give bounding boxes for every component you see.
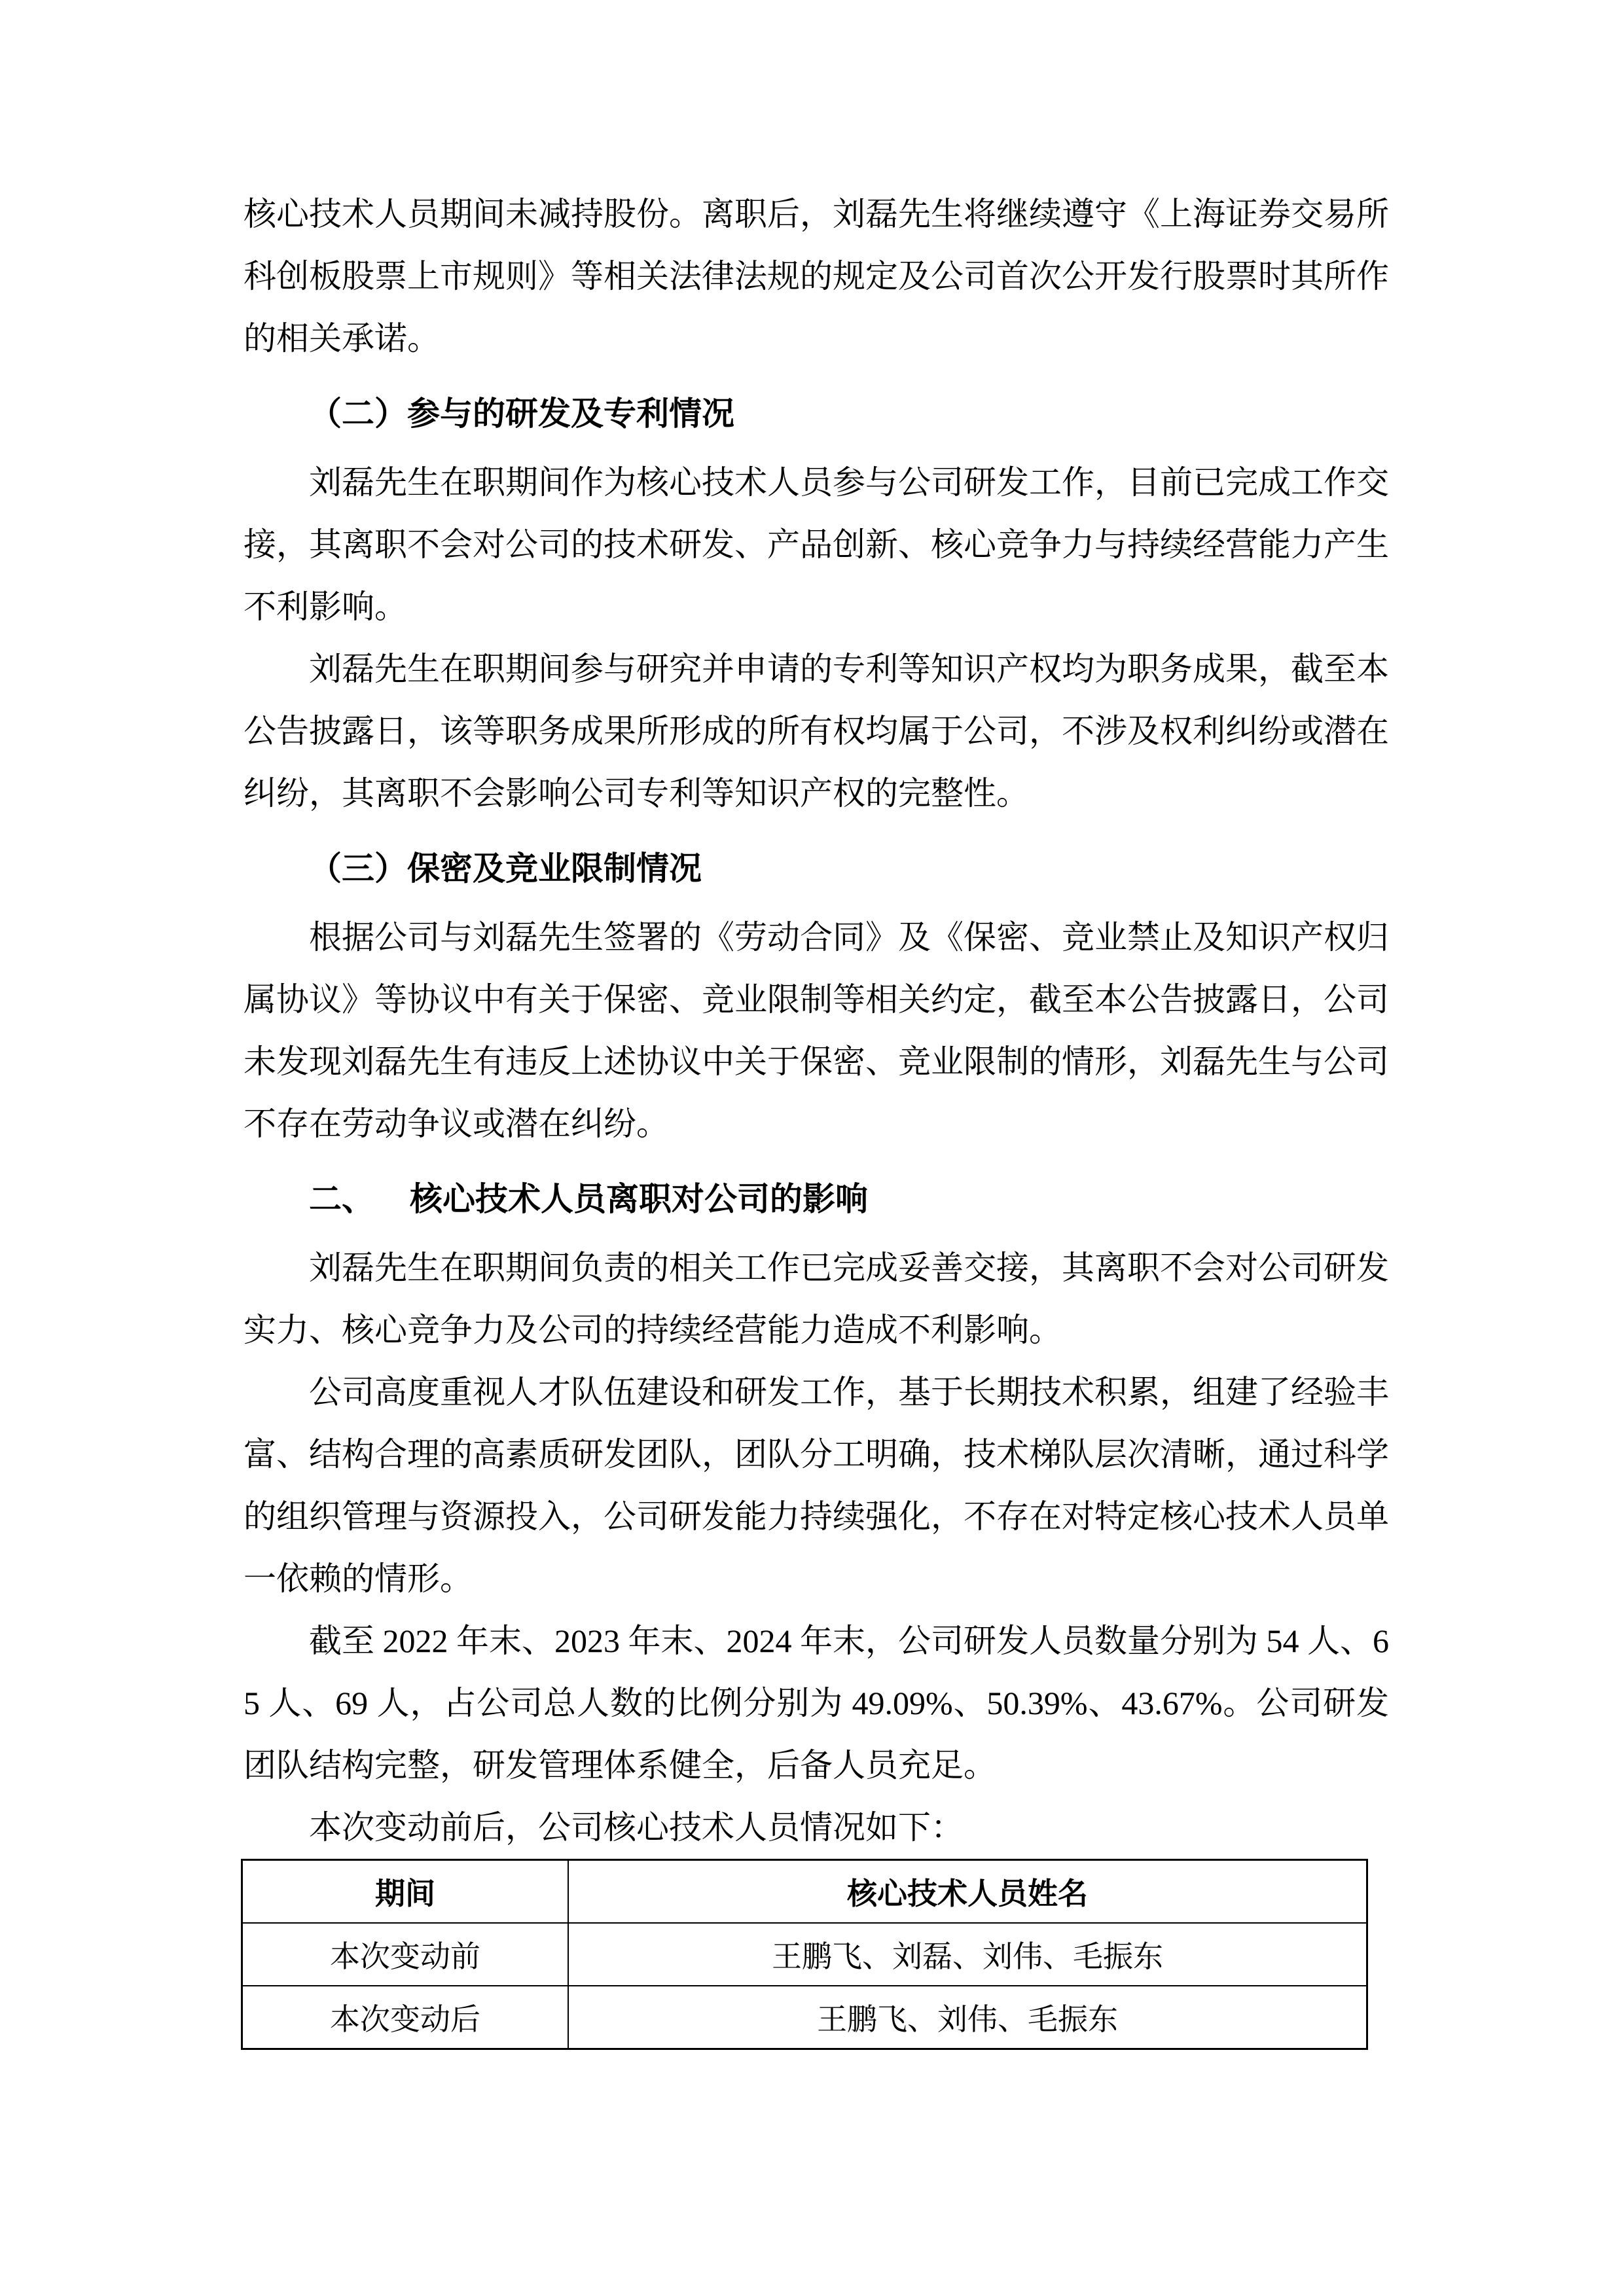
table-row: 本次变动前 王鹏飞、刘磊、刘伟、毛振东 [242, 1923, 1367, 1986]
paragraph-rd-headcount-statistics: 截至 2022 年末、2023 年末、2024 年末，公司研发人员数量分别为 5… [244, 1610, 1389, 1797]
table-header-row: 期间 核心技术人员姓名 [242, 1860, 1367, 1924]
paragraph-patent-ownership: 刘磊先生在职期间参与研究并申请的专利等知识产权均为职务成果，截至本公告披露日，该… [244, 638, 1389, 825]
table-header-personnel-names: 核心技术人员姓名 [568, 1860, 1367, 1924]
heading-part-2-impact-on-company: 二、核心技术人员离职对公司的影响 [244, 1168, 1389, 1230]
table-cell-period-before: 本次变动前 [242, 1923, 569, 1986]
table-row: 本次变动后 王鹏飞、刘伟、毛振东 [242, 1986, 1367, 2049]
paragraph-rd-handover: 刘磊先生在职期间作为核心技术人员参与公司研发工作，目前已完成工作交接，其离职不会… [244, 452, 1389, 638]
heading-title: 核心技术人员离职对公司的影响 [410, 1181, 868, 1217]
table-header-period: 期间 [242, 1860, 569, 1924]
table-cell-names-before: 王鹏飞、刘磊、刘伟、毛振东 [568, 1923, 1367, 1986]
table-cell-period-after: 本次变动后 [242, 1986, 569, 2049]
paragraph-share-commitment-continuation: 核心技术人员期间未减持股份。离职后，刘磊先生将继续遵守《上海证券交易所科创板股票… [244, 183, 1389, 370]
core-personnel-table: 期间 核心技术人员姓名 本次变动前 王鹏飞、刘磊、刘伟、毛振东 本次变动后 王鹏… [241, 1859, 1368, 2050]
table-cell-names-after: 王鹏飞、刘伟、毛振东 [568, 1986, 1367, 2049]
document-page: 核心技术人员期间未减持股份。离职后，刘磊先生将继续遵守《上海证券交易所科创板股票… [0, 0, 1624, 2296]
paragraph-rd-team-building: 公司高度重视人才队伍建设和研发工作，基于长期技术积累，组建了经验丰富、结构合理的… [244, 1361, 1389, 1610]
paragraph-table-intro: 本次变动前后，公司核心技术人员情况如下： [244, 1797, 1389, 1859]
heading-section-3-confidentiality: （三）保密及竞业限制情况 [244, 838, 1389, 900]
heading-numeral: 二、 [309, 1181, 374, 1217]
document-content: 核心技术人员期间未减持股份。离职后，刘磊先生将继续遵守《上海证券交易所科创板股票… [244, 183, 1389, 2050]
paragraph-work-handover-impact: 刘磊先生在职期间负责的相关工作已完成妥善交接，其离职不会对公司研发实力、核心竞争… [244, 1237, 1389, 1361]
heading-section-2-rd-patents: （二）参与的研发及专利情况 [244, 383, 1389, 445]
paragraph-confidentiality-agreements: 根据公司与刘磊先生签署的《劳动合同》及《保密、竞业禁止及知识产权归属协议》等协议… [244, 906, 1389, 1155]
